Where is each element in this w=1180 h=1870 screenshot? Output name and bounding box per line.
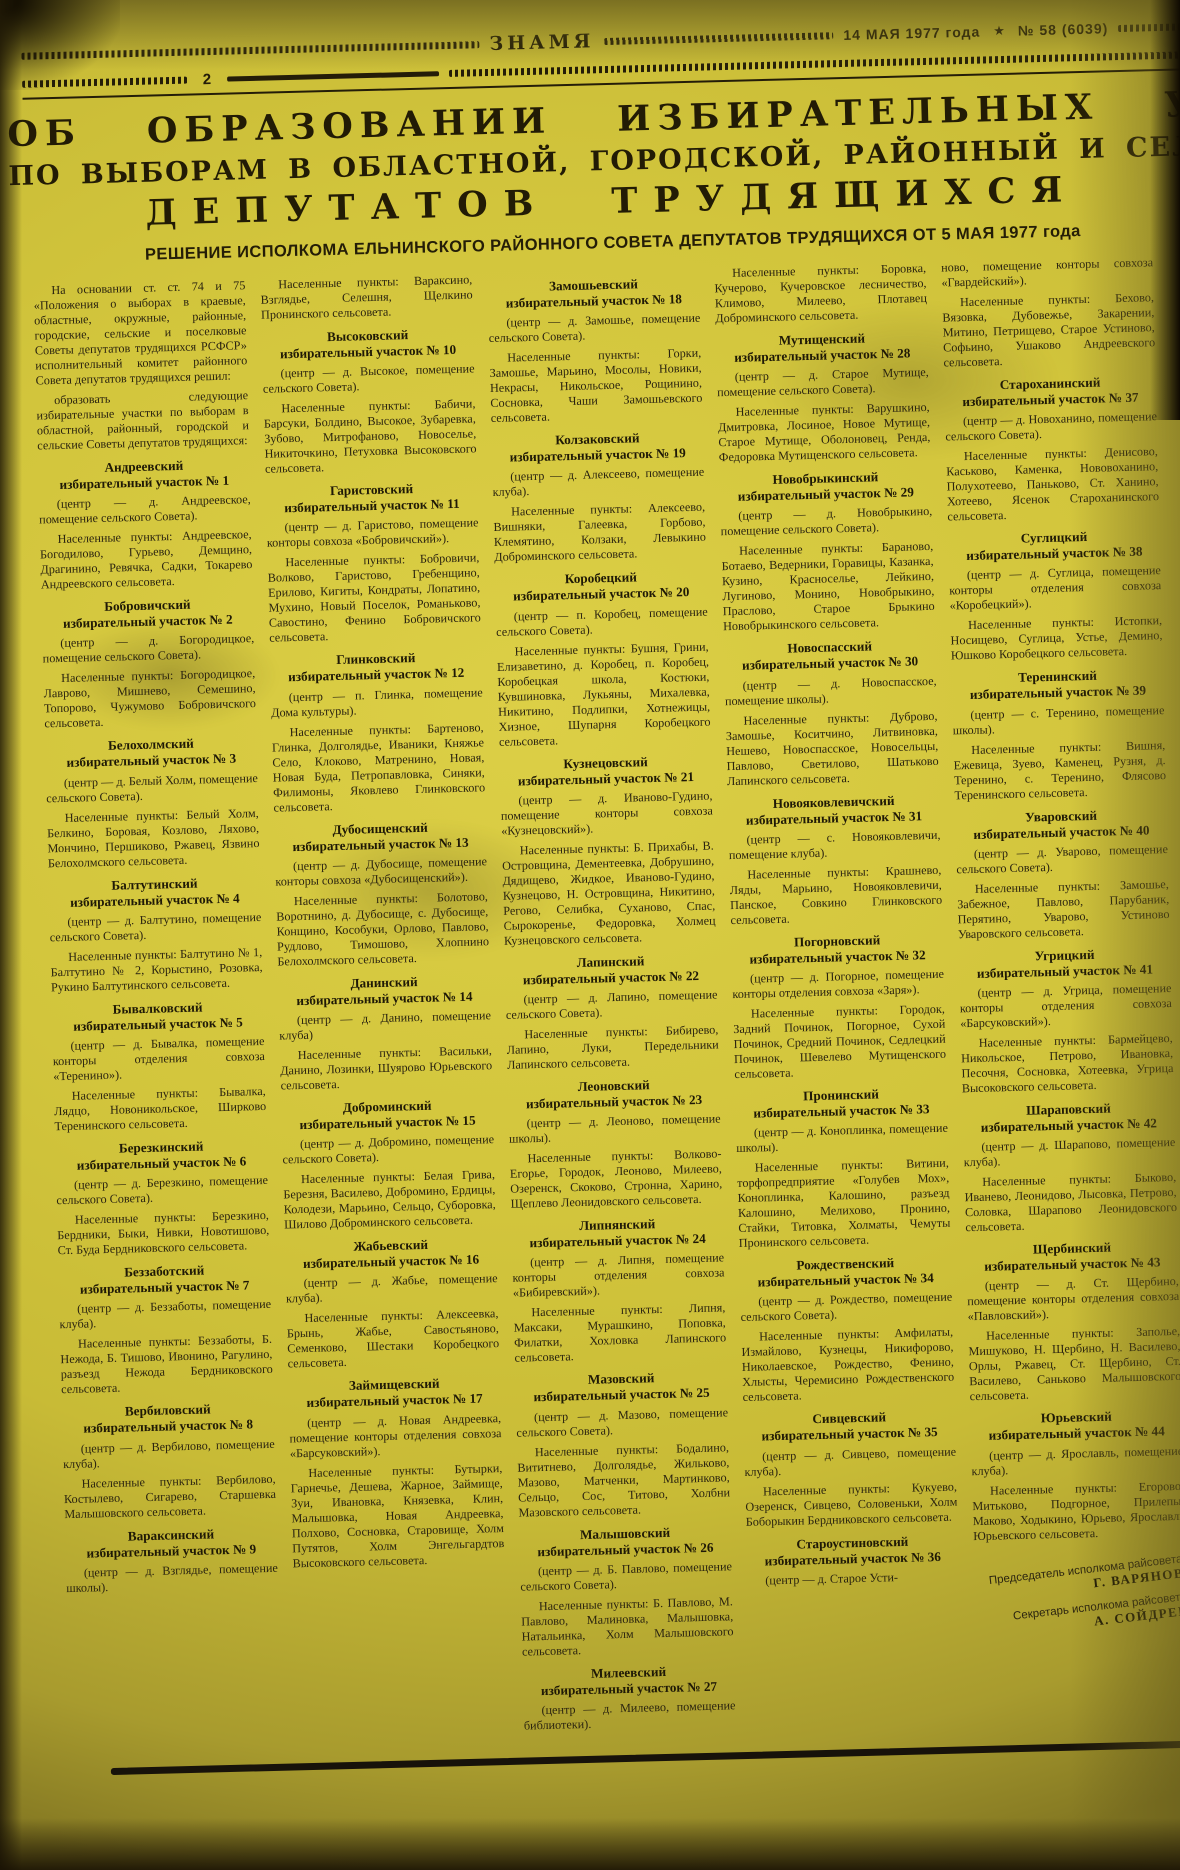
district-heading: Вараксинскийизбирательный участок № 9 [65, 1524, 278, 1562]
paragraph: Населенные пункты: Алексеево, Вишняки, Г… [493, 500, 706, 565]
paragraph: образовать следующие избирательные участ… [36, 388, 249, 453]
district-heading: Кузнецовскийизбирательный участок № 21 [499, 752, 712, 790]
paragraph: Населенные пункты: Бибирево, Лапино, Лук… [506, 1022, 719, 1072]
district-heading: Новоспасскийизбирательный участок № 30 [724, 637, 937, 675]
paragraph: (центр — д. Балтутино, помещение сельско… [49, 910, 262, 945]
district-heading: Новояковлевичскийизбирательный участок №… [727, 791, 940, 829]
paragraph: Населенные пункты: Андреевское, Богодило… [40, 527, 253, 592]
paragraph: (центр — д. Андреевское, помещение сельс… [39, 492, 252, 527]
paragraph: Населенные пункты: Боровка, Кучерово, Ку… [714, 261, 927, 326]
paragraph: (центр — д. Березкино, помещение сельско… [56, 1173, 269, 1208]
district-heading: Замошьевскийизбирательный участок № 18 [487, 275, 700, 313]
paragraph: (центр — д. Мазово, помещение сельского … [516, 1405, 729, 1440]
paragraph: (центр — д. Б. Павлово, помещение сельск… [520, 1559, 733, 1594]
district-heading: Староустиновскийизбирательный участок № … [746, 1532, 959, 1570]
district-heading: Дубосищенскийизбирательный участок № 13 [274, 818, 487, 856]
paragraph: (центр — д. Погорное, помещение конторы … [732, 967, 945, 1002]
paragraph: Населенные пункты: Болотово, Воротнино, … [276, 889, 490, 969]
paragraph: (центр — д. Высокое, помещение сельского… [262, 362, 475, 397]
district-heading: Бобровичскийизбирательный участок № 2 [41, 595, 254, 633]
paragraph: Населенные пункты: Березкино, Бердники, … [57, 1208, 270, 1258]
paragraph: Населенные пункты: Бывалка, Лядцо, Новон… [54, 1084, 267, 1134]
district-heading: Милеевскийизбирательный участок № 27 [522, 1662, 735, 1700]
paragraph: Населенные пункты: Б. Прихабы, В. Остров… [502, 838, 717, 948]
paragraph: (центр — д. Жабье, помещение клуба). [285, 1271, 498, 1306]
paragraph: (центр — д. Алексеево, помещение клуба). [492, 465, 705, 500]
paragraph: (центр — д. Лапино, помещение сельского … [505, 987, 718, 1022]
district-heading: Глинковскийизбирательный участок № 12 [270, 649, 483, 687]
paragraph: (центр — д. Иваново-Гудино, помещение ко… [500, 788, 713, 838]
district-heading: Пронинскийизбирательный участок № 33 [735, 1085, 948, 1123]
paragraph: Населенные пункты: Бодалино, Вититнево, … [517, 1440, 731, 1520]
paragraph: (центр — д. Вербилово, помещение клуба). [63, 1436, 276, 1471]
paragraph: (центр — д. Беззаботы, помещение клуба). [59, 1297, 272, 1332]
district-heading: Андреевскийизбирательный участок № 1 [38, 456, 251, 494]
paragraph: (центр — д. Старое Усти- [747, 1568, 959, 1588]
district-heading: Погорновскийизбирательный участок № 32 [731, 931, 944, 969]
district-heading: Березкинскийизбирательный участок № 6 [55, 1137, 268, 1175]
paragraph: Населенные пункты: Липня, Максаки, Мураш… [513, 1301, 726, 1366]
paragraph: Населенные пункты: Белая Грива, Березня,… [283, 1167, 496, 1232]
paragraph: Населенные пункты: Кукуево, Озеренск, Си… [745, 1479, 958, 1529]
paragraph: Населенные пункты: Городок, Задний Почин… [733, 1002, 947, 1082]
paragraph: (центр — д. Милеево, помещение библиотек… [523, 1698, 736, 1733]
paragraph: Населенные пункты: Богородицкое, Лаврово… [43, 666, 256, 731]
paragraph: (центр — д. Взглядье, помещение школы). [66, 1560, 279, 1595]
page-content: ЗНАМЯ 14 МАЯ 1977 года ★ № 58 (6039) 2 О… [5, 15, 1180, 1777]
paragraph: (центр — с. Новояковлевичи, помещение кл… [728, 828, 941, 863]
district-heading: Мутищенскийизбирательный участок № 28 [716, 329, 929, 367]
paragraph: (центр — д. Новая Андреевка, помещение к… [289, 1411, 502, 1461]
paragraph: (центр — д. Дубосище, помещение конторы … [275, 854, 488, 889]
paragraph: (центр — д. Новобрыкино, помещение сельс… [720, 504, 933, 539]
paragraph: Населенные пункты: Бобровичи, Волково, Г… [267, 551, 481, 646]
paragraph: (центр — п. Коробец, помещение сельского… [496, 604, 709, 639]
district-heading: Новобрыкинскийизбирательный участок № 29 [719, 468, 932, 506]
district-heading: Займищевскийизбирательный участок № 17 [288, 1374, 501, 1412]
paragraph: Населенные пункты: Бараново, Ботаево, Ве… [721, 539, 935, 634]
paragraph: (центр — д. Данино, помещение клуба) [279, 1008, 492, 1043]
district-heading: Данинскийизбирательный участок № 14 [278, 972, 491, 1010]
paragraph: (центр — д. Белый Холм, помещение сельск… [46, 771, 259, 806]
paragraph: Населенные пункты: Варушкино, Дмитровка,… [718, 400, 931, 465]
column-2: Населенные пункты: Вараксино, Взглядье, … [260, 272, 509, 1759]
paragraph: Населенные пункты: Б. Павлово, М. Павлов… [521, 1594, 734, 1659]
paragraph: (центр — д. Старое Мутище, помещение сел… [717, 365, 930, 400]
paragraph: Населенные пункты: Крашнево, Ляды, Марьи… [729, 863, 942, 928]
paragraph: (центр — д. Рождество, помещение сельско… [740, 1290, 953, 1325]
paragraph: (центр — д. Добромино, помещение сельско… [282, 1132, 495, 1167]
paragraph: Населенные пункты: Бушня, Грини, Елизаве… [497, 639, 712, 749]
paragraph: Населенные пункты: Балтутино № 1, Балтут… [50, 945, 263, 995]
paragraph: Населенные пункты: Вербилово, Костылево,… [63, 1471, 276, 1521]
paragraph: Населенные пункты: Бутырки, Гарнечье, Де… [290, 1461, 505, 1571]
paragraph: (центр — д. Сивцево, помещение клуба). [744, 1444, 957, 1479]
paragraph: Населенные пункты: Горки, Замошье, Марьи… [489, 346, 703, 426]
paragraph: На основании ст. ст. 74 и 75 «Положения … [33, 278, 248, 388]
newspaper-page: ЗНАМЯ 14 МАЯ 1977 года ★ № 58 (6039) 2 О… [0, 0, 1180, 1870]
newspaper-scan: { "masthead": { "paper_name": "ЗНАМЯ", "… [0, 0, 1180, 1870]
column-4: Населенные пункты: Боровка, Кучерово, Ку… [714, 261, 963, 1748]
paragraph: (центр — п. Глинка, помещение Дома культ… [271, 685, 484, 720]
scan-shadow [1150, 0, 1180, 420]
paragraph: Населенные пункты: Васильки, Данино, Лоз… [280, 1043, 493, 1093]
paragraph: (центр — д. Новоспасское, помещение школ… [724, 673, 937, 708]
district-heading: Жабьевскийизбирательный участок № 16 [285, 1235, 498, 1273]
paragraph: (центр — д. Коноплинка, помещение школы)… [736, 1121, 949, 1156]
district-heading: Колзаковскийизбирательный участок № 19 [491, 429, 704, 467]
paragraph: Населенные пункты: Амфилаты, Измайлово, … [741, 1325, 955, 1405]
district-heading: Коробецкийизбирательный участок № 20 [495, 568, 708, 606]
district-heading: Лапинскийизбирательный участок № 22 [504, 951, 717, 989]
column-3: Замошьевскийизбирательный участок № 18(ц… [487, 267, 736, 1754]
district-heading: Леоновскийизбирательный участок № 23 [508, 1075, 721, 1113]
scan-shadow [0, 1818, 1180, 1870]
paragraph: (центр — д. Богородицкое, помещение сель… [42, 631, 255, 666]
paragraph: Населенные пункты: Белый Холм, Белкино, … [47, 806, 260, 871]
district-heading: Гаристовскийизбирательный участок № 11 [265, 480, 478, 518]
district-heading: Белохолмскийизбирательный участок № 3 [45, 734, 258, 772]
district-heading: Балтутинскийизбирательный участок № 4 [48, 874, 261, 912]
district-heading: Вербиловскийизбирательный участок № 8 [62, 1400, 275, 1438]
district-heading: Мазовскийизбирательный участок № 25 [515, 1369, 728, 1407]
district-heading: Рождественскийизбирательный участок № 34 [739, 1254, 952, 1292]
paragraph: Населенные пункты: Вараксино, Взглядье, … [260, 272, 473, 322]
district-heading: Высоковскийизбирательный участок № 10 [261, 325, 474, 363]
district-heading: Доброминскийизбирательный участок № 15 [281, 1096, 494, 1134]
page-number: 2 [196, 71, 217, 89]
paragraph: (центр — д. Липня, помещение конторы отд… [512, 1251, 725, 1301]
paragraph: Населенные пункты: Беззаботы, Б. Нежода,… [60, 1332, 273, 1397]
district-heading: Беззаботскийизбирательный участок № 7 [58, 1261, 271, 1299]
paragraph: Населенные пункты: Дуброво, Замошье, Кос… [725, 708, 939, 788]
district-heading: Бывалковскийизбирательный участок № 5 [51, 998, 264, 1036]
headline: ОБ ОБРАЗОВАНИИ ИЗБИРАТЕЛЬНЫХ УЧАСТКОВ ПО… [7, 84, 1180, 268]
paragraph: Населенные пункты: Волково-Егорье, Город… [509, 1147, 722, 1212]
paragraph: Населенные пункты: Бабичи, Барсуки, Болд… [263, 397, 477, 477]
paragraph: Населенные пункты: Витини, торфопредприя… [737, 1156, 951, 1251]
district-heading: Сивцевскийизбирательный участок № 35 [743, 1408, 956, 1446]
decorative-rule [227, 71, 439, 81]
scan-shadow [0, 0, 22, 1870]
scan-shadow [0, 0, 1180, 70]
column-1: На основании ст. ст. 74 и 75 «Положения … [33, 278, 282, 1765]
paragraph: Населенные пункты: Бартеново, Глинка, До… [271, 720, 485, 815]
paragraph: (центр — д. Замошье, помещение сельского… [488, 311, 701, 346]
paragraph: (центр — д. Гаристово, помещение конторы… [266, 516, 479, 551]
paragraph: Населенные пункты: Алексеевка, Брынь, Жа… [286, 1306, 499, 1371]
paragraph: (центр — д. Леоново, помещение школы). [508, 1112, 721, 1147]
district-heading: Малышовскийизбирательный участок № 26 [519, 1523, 732, 1561]
article-columns: На основании ст. ст. 74 и 75 «Положения … [11, 253, 1180, 1766]
paragraph: (центр — д. Бывалка, помещение конторы о… [52, 1034, 265, 1084]
district-heading: Липнянскийизбирательный участок № 24 [511, 1215, 724, 1253]
